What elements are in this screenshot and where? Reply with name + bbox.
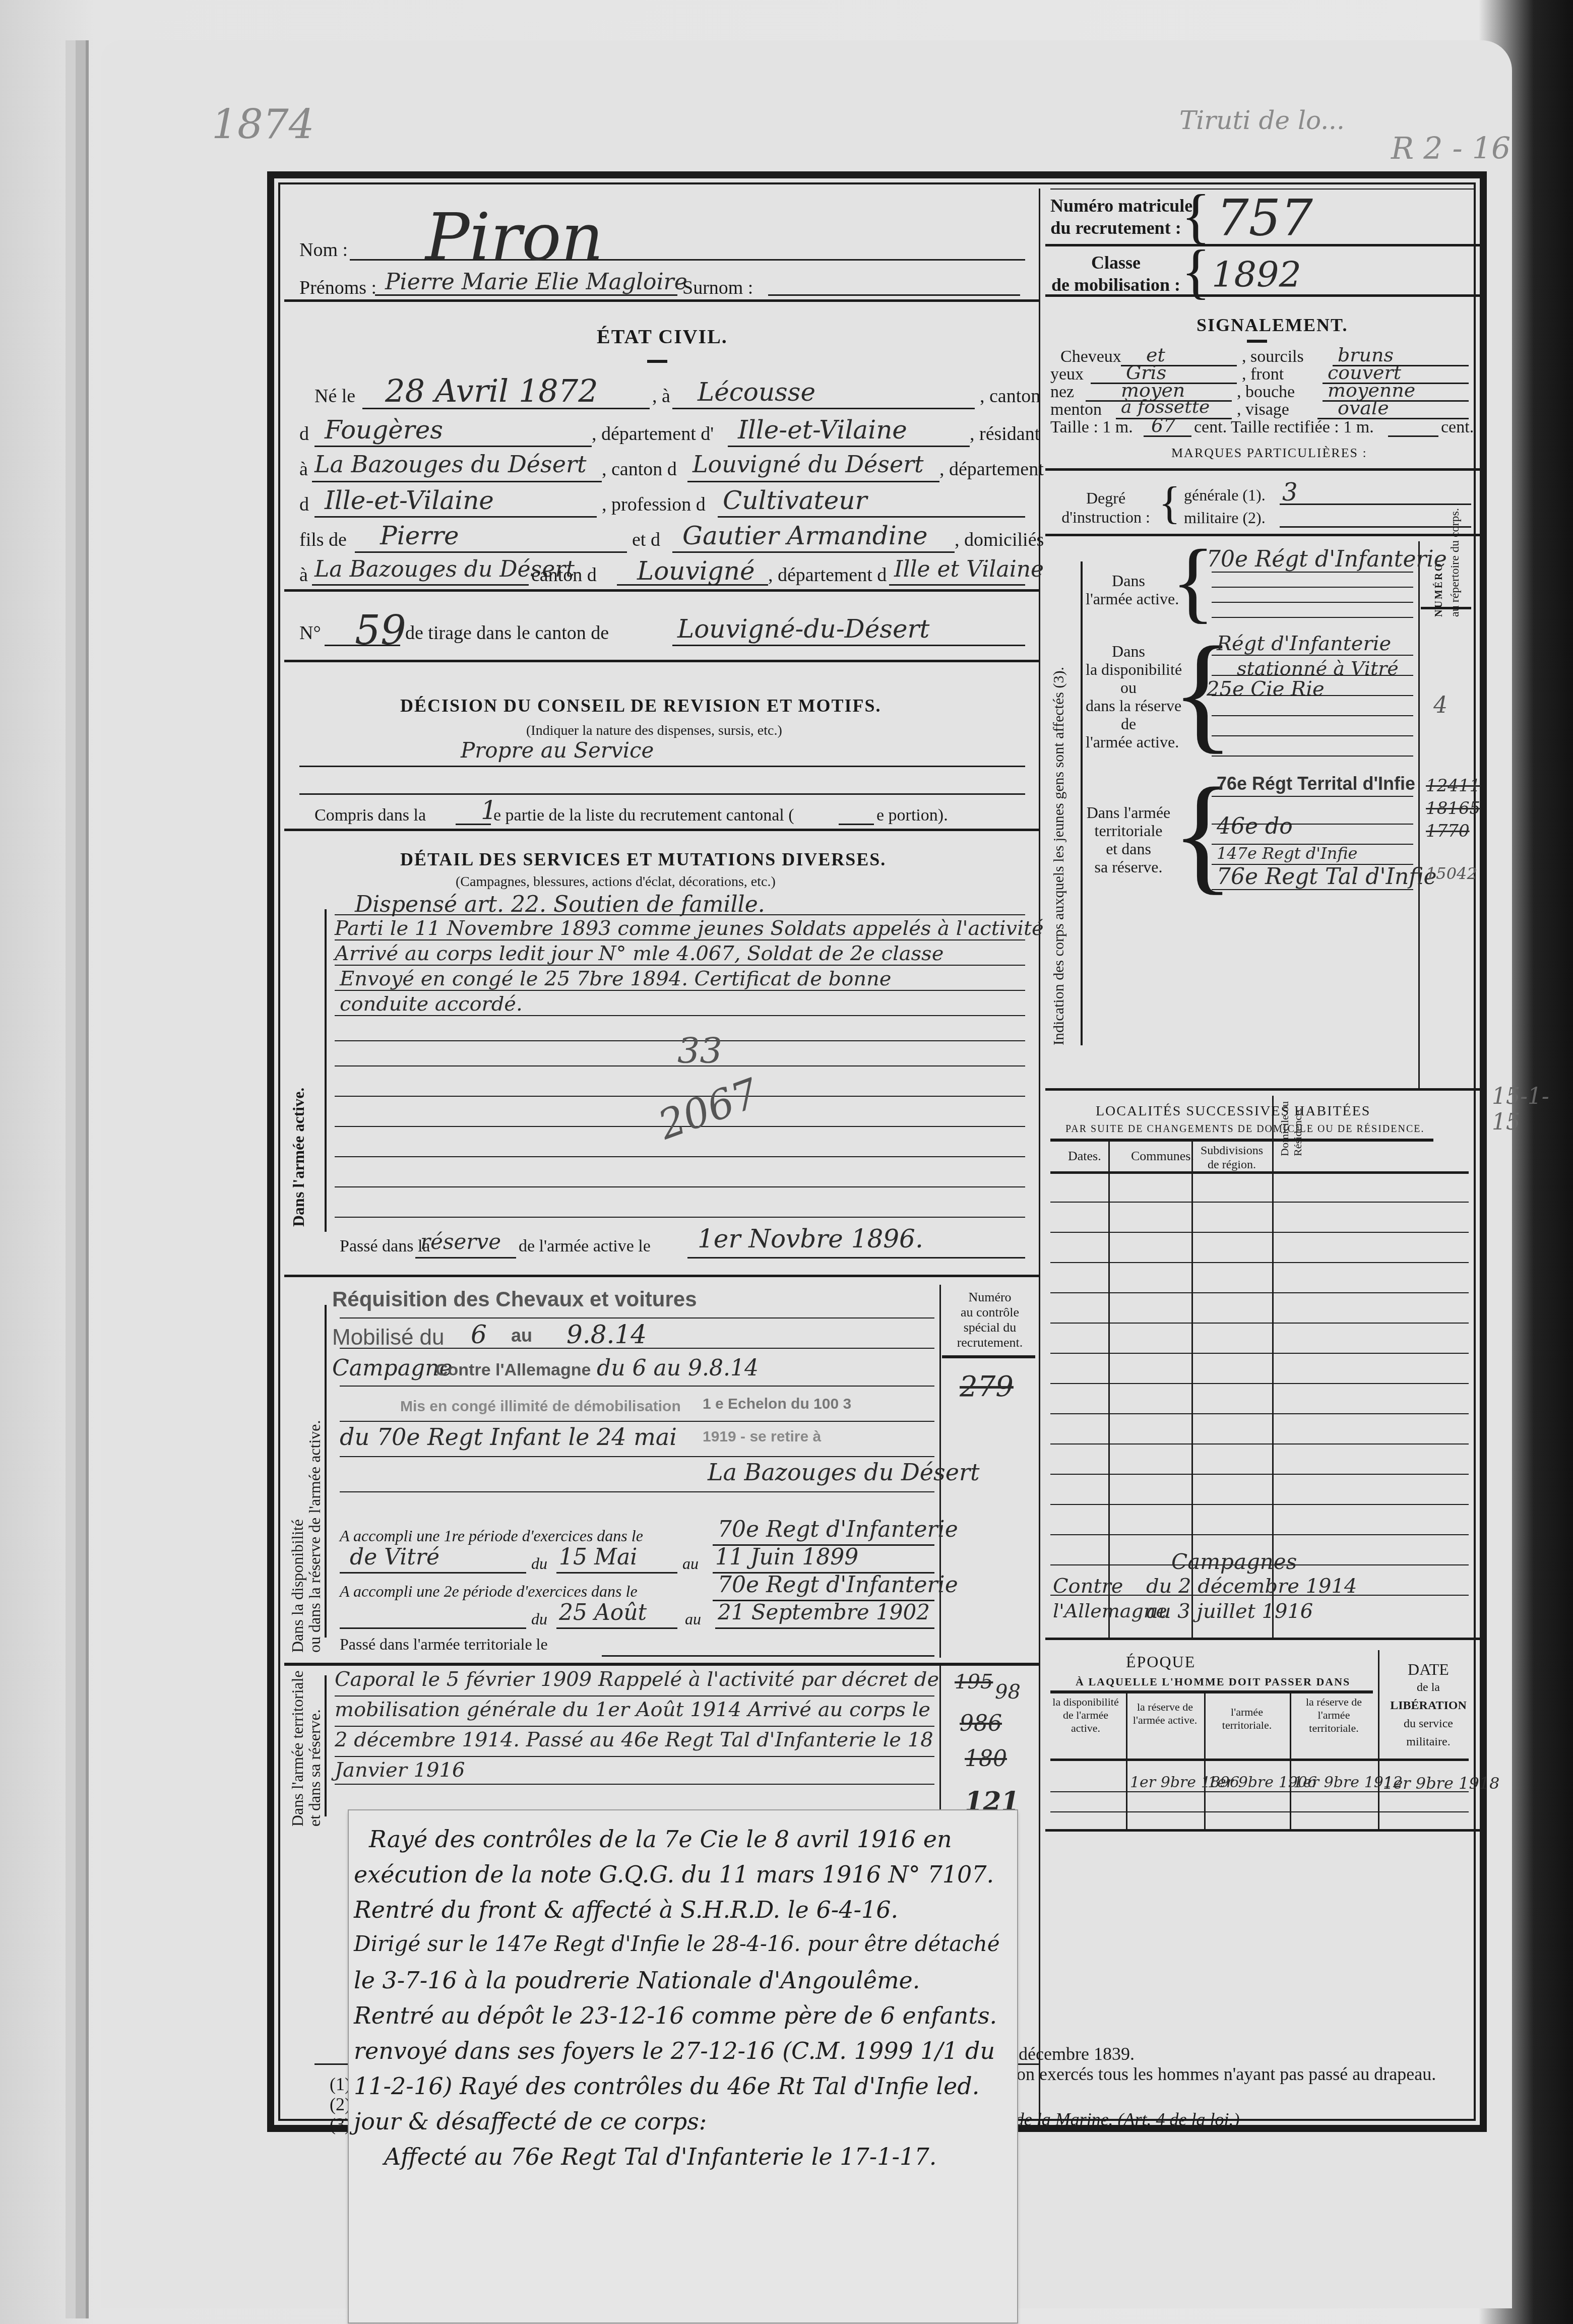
classe-value[interactable]: 1892 — [1212, 254, 1301, 295]
et-de-line — [672, 551, 955, 553]
corps-disponibilite-label: Dans la disponibilité ou dans la réserve… — [1086, 642, 1171, 751]
taille-label: Taille : 1 m. — [1050, 418, 1133, 437]
mobilise-label: Mobilisé du — [332, 1325, 445, 1350]
rule — [1050, 1413, 1469, 1414]
a-label: , à — [652, 385, 670, 407]
cheveux-label: Cheveux — [1060, 347, 1121, 366]
localites-section: LOCALITÉS SUCCESSIVES HABITÉES PAR SUITE… — [1045, 1096, 1482, 1640]
corps-section: Indication des corps auxquels les jeunes… — [1045, 541, 1482, 1091]
label-line: sa réserve. — [1086, 858, 1171, 876]
identity-section: Nom : Piron Prénoms : Pierre Marie Elie … — [284, 189, 1039, 302]
a-value[interactable]: Lécousse — [698, 378, 815, 407]
nom-value[interactable]: Piron — [425, 199, 603, 275]
overlay-line-5[interactable]: le 3-7-16 à la poudrerie Nationale d'Ang… — [354, 1967, 920, 1994]
militaire-label: militaire (2). — [1184, 509, 1266, 527]
canton-value[interactable]: Fougères — [325, 415, 443, 445]
rule — [1050, 1534, 1469, 1535]
numero-matricule-label: Numéro matricule du recrutement : — [1050, 195, 1181, 239]
decision-section: DÉCISION DU CONSEIL DE REVISION ET MOTIF… — [284, 665, 1039, 831]
service-line-2[interactable]: Parti le 11 Novembre 1893 comme jeunes S… — [335, 917, 1044, 940]
services-subtitle: (Campagnes, blessures, actions d'éclat, … — [456, 874, 776, 890]
classe-label: Classe de mobilisation : — [1050, 252, 1181, 296]
residant-canton-value[interactable]: Louvigné du Désert — [693, 451, 924, 478]
label-line: Dans — [1086, 642, 1171, 660]
epoque-subtitle: À LAQUELLE L'HOMME DOIT PASSER DANS — [1076, 1675, 1350, 1688]
periode2-du-label: du — [531, 1610, 547, 1628]
periode2-au[interactable]: 21 Septembre 1902 — [718, 1600, 930, 1624]
overlay-line-10[interactable]: Affecté au 76e Regt Tal d'Infanterie le … — [384, 2143, 936, 2170]
periode1-line2-rule — [340, 1572, 526, 1574]
taille-cent2-label: cent. — [1441, 418, 1474, 437]
rule — [335, 1695, 934, 1697]
disponibilite-side-label-2: ou dans la réserve de l'armée active. — [305, 1310, 324, 1653]
sourcils-label: , sourcils — [1242, 347, 1304, 366]
domicilies-a-label: à — [299, 564, 308, 586]
periode1-au[interactable]: 11 Juin 1899 — [715, 1544, 858, 1570]
domicilies-departement-value[interactable]: Ille et Vilaine — [894, 556, 1044, 582]
mobilise-from[interactable]: 6 — [471, 1320, 487, 1349]
periode2-value[interactable]: 70e Regt d'Infanterie — [718, 1572, 958, 1598]
services-title: DÉTAIL DES SERVICES ET MUTATIONS DIVERSE… — [400, 849, 886, 870]
nom-label: Nom : — [299, 239, 348, 261]
liberation-value[interactable]: 1er 9bre 1918 — [1383, 1774, 1499, 1793]
rule — [335, 1726, 934, 1727]
brace: { — [1159, 481, 1180, 526]
campagne-stamp: Contre l'Allemagne — [435, 1360, 591, 1380]
rule — [340, 1421, 934, 1422]
departement-label: , département d' — [592, 423, 714, 445]
menton-label: menton — [1050, 400, 1102, 419]
classe-label-line-1: Classe — [1050, 252, 1181, 274]
rule — [1212, 675, 1413, 676]
domicilies-departement-label: , département d — [768, 564, 887, 586]
yeux-label: yeux — [1050, 365, 1084, 384]
pencil-number-33: 33 — [677, 1030, 722, 1072]
periode1-value[interactable]: 70e Regt d'Infanterie — [718, 1517, 958, 1542]
corps-bracket — [1081, 561, 1083, 1045]
liberation-header-line: du service — [1383, 1715, 1474, 1733]
corps-disponibilite-value-3[interactable]: 25e Cie Rie — [1207, 677, 1325, 701]
localites-subtitle: PAR SUITE DE CHANGEMENTS DE DOMICILE OU … — [1065, 1123, 1424, 1135]
rule — [1212, 796, 1413, 797]
residant-canton-label: , canton d — [602, 458, 677, 480]
corps-territoriale-numero-4: 15042 — [1426, 864, 1477, 883]
taille-line — [1144, 435, 1191, 437]
col-divider — [1126, 1693, 1127, 1832]
col-divider — [1290, 1693, 1291, 1832]
label-line: et dans — [1086, 840, 1171, 858]
matricule-box: Numéro matricule du recrutement : { 757 — [1045, 189, 1482, 246]
taille-cent-label: cent. Taille rectifiée : 1 m. — [1194, 418, 1374, 437]
rule — [1212, 756, 1413, 757]
rule — [335, 1186, 1025, 1187]
label-line: l'armée active. — [1086, 590, 1171, 608]
col-divider — [1204, 1693, 1206, 1832]
disponibilite-side-label-1: Dans la disponibilité — [288, 1310, 307, 1653]
decision-subtitle: (Indiquer la nature des dispenses, sursi… — [526, 723, 782, 739]
decision-title: DÉCISION DU CONSEIL DE REVISION ET MOTIF… — [400, 695, 882, 716]
corps-side-label: Indication des corps auxquels les jeunes… — [1050, 561, 1067, 1045]
rule — [340, 1348, 934, 1349]
territoriale-side-label-2: et dans sa réserve. — [305, 1675, 324, 1827]
rule — [1050, 1292, 1469, 1293]
rule — [1050, 1811, 1469, 1812]
numero-repertoire-header-2: au répertoire du corps. — [1449, 546, 1462, 617]
rule — [340, 1456, 934, 1457]
corps-territoriale-numero-2: 18165 — [1426, 798, 1480, 819]
ne-le-label: Né le — [314, 385, 355, 407]
residant-departement-de-label: d — [299, 493, 309, 516]
liberation-header-line: DATE — [1383, 1660, 1474, 1678]
profession-label: , profession d — [602, 493, 706, 516]
territoriale-number-180: 180 — [965, 1746, 1007, 1772]
domicilies-canton-label: canton d — [531, 564, 597, 586]
right-column: Numéro matricule du recrutement : { 757 … — [1045, 189, 1482, 2129]
tirage-no-line — [325, 645, 400, 646]
residant-departement-value[interactable]: Ille-et-Vilaine — [325, 486, 494, 515]
territoriale-section: Dans l'armée territoriale et dans sa rés… — [284, 1665, 1039, 1816]
conge-stamp: Mis en congé illimité de démobilisation — [400, 1398, 681, 1415]
epoque-section: ÉPOQUE À LAQUELLE L'HOMME DOIT PASSER DA… — [1045, 1645, 1482, 1832]
domicilies-canton-line — [617, 584, 768, 586]
generale-line — [1280, 504, 1471, 505]
periode1-line2[interactable]: de Vitré — [350, 1544, 439, 1570]
domicilies-label: , domiciliés — [955, 529, 1044, 551]
territoriale-line-4[interactable]: Janvier 1916 — [335, 1758, 465, 1782]
domicilies-departement-line — [889, 584, 1025, 586]
periode2-du-line — [556, 1627, 677, 1629]
localites-col-dates: Dates. — [1068, 1149, 1101, 1164]
instruction-label-line-1: Degré — [1055, 488, 1156, 508]
visage-label: , visage — [1237, 400, 1289, 419]
localites-title: LOCALITÉS SUCCESSIVES HABITÉES — [1096, 1103, 1370, 1119]
bouche-label: , bouche — [1237, 383, 1295, 402]
rule — [1050, 1791, 1469, 1792]
passe-label-2: de l'armée active le — [519, 1237, 651, 1256]
header-rule — [1050, 1171, 1469, 1174]
numero-divider — [939, 1665, 941, 1816]
rule — [335, 1756, 934, 1757]
territoriale-number-98: 98 — [995, 1680, 1021, 1704]
canton-label: , canton — [980, 385, 1040, 407]
visage-value[interactable]: ovale — [1338, 397, 1389, 419]
numero-controle-header: Numéro au contrôle spécial du recrutemen… — [945, 1290, 1035, 1350]
liberation-header-line: de la — [1383, 1678, 1474, 1697]
rule — [1050, 1474, 1469, 1475]
localites-col-communes: Communes. — [1131, 1149, 1194, 1164]
rule — [1050, 1353, 1469, 1354]
numero-matricule-value[interactable]: 757 — [1217, 189, 1313, 247]
instruction-label-line-2: d'instruction : — [1055, 508, 1156, 527]
classe-label-line-2: de mobilisation : — [1050, 274, 1181, 296]
prenoms-label: Prénoms : — [299, 277, 376, 299]
periode1-label: A accompli une 1re période d'exercices d… — [340, 1527, 643, 1545]
campagne-dates[interactable]: du 6 au 9.8.14 — [597, 1355, 759, 1381]
passe-value-2[interactable]: 1er Novbre 1896. — [698, 1224, 923, 1253]
residant-a-label: à — [299, 458, 308, 480]
domicilies-canton-value[interactable]: Louvigné — [637, 556, 755, 586]
rule — [1212, 735, 1413, 736]
title-rule — [647, 360, 667, 363]
localites-note-au[interactable]: au 3 juillet 1916 — [1146, 1600, 1313, 1623]
rule — [340, 1386, 934, 1387]
corps-disponibilite-value-1[interactable]: Régt d'Infanterie — [1217, 632, 1391, 655]
overlay-line-2[interactable]: exécution de la note G.Q.G. du 11 mars 1… — [354, 1861, 994, 1888]
rule — [340, 1491, 934, 1492]
compris-label-2: e partie de la liste du recrutement cant… — [493, 806, 794, 825]
rule — [1050, 189, 1474, 190]
periode1-au-label: au — [682, 1554, 699, 1573]
passe-line-1 — [415, 1257, 516, 1259]
territoriale-label: Passé dans l'armée territoriale le — [340, 1635, 548, 1654]
profession-line — [718, 516, 1025, 518]
rule — [1050, 1202, 1469, 1203]
territoriale-bracket — [325, 1675, 327, 1816]
rule — [1212, 864, 1413, 865]
numero-header-line: au contrôle — [945, 1305, 1035, 1320]
domicilies-line — [312, 584, 529, 586]
rule — [335, 939, 1025, 940]
taille-value[interactable]: 67 — [1151, 414, 1175, 436]
nez-label: nez — [1050, 383, 1074, 402]
service-line-1[interactable]: Dispensé art. 22. Soutien de famille. — [355, 892, 765, 917]
label-line: l'armée active. — [1086, 733, 1171, 751]
label-line: Dans — [1086, 572, 1171, 590]
overlay-line-8[interactable]: 11-2-16) Rayé des contrôles du 46e Rt Ta… — [354, 2072, 979, 2100]
label-line: la disponibilité — [1086, 660, 1171, 678]
decision-value[interactable]: Propre au Service — [461, 738, 654, 763]
decision-line-2 — [299, 793, 1025, 795]
liberation-header: DATE de la LIBÉRATION du service militai… — [1383, 1660, 1474, 1751]
pencil-number-2067: 2067 — [652, 1070, 765, 1149]
territoriale-number-195: 195 — [955, 1670, 993, 1693]
tirage-no-label: N° — [299, 622, 321, 644]
rule — [1212, 824, 1413, 825]
periode2-au-line — [715, 1627, 934, 1629]
marques-title: MARQUES PARTICULIÈRES : — [1171, 446, 1367, 461]
rule — [1212, 587, 1413, 588]
territoriale-line-2[interactable]: mobilisation générale du 1er Août 1914 A… — [335, 1698, 930, 1721]
service-line-4[interactable]: Envoyé en congé le 25 7bre 1894. Certifi… — [340, 967, 891, 990]
rule — [335, 1015, 1025, 1016]
numero-header-rule — [1421, 607, 1471, 609]
fils-de-value[interactable]: Pierre — [380, 521, 459, 550]
localites-col-subdivisions: Subdivisions de région. — [1197, 1144, 1267, 1172]
territoriale-number-986: 986 — [960, 1711, 1002, 1736]
rule — [335, 990, 1025, 991]
rule — [340, 1317, 934, 1318]
services-section: DÉTAIL DES SERVICES ET MUTATIONS DIVERSE… — [284, 834, 1039, 1277]
corps-territoriale-value-2[interactable]: 147e Regt d'Infie — [1217, 844, 1358, 863]
mobilise-to[interactable]: 9.8.14 — [567, 1320, 647, 1349]
numero-header-rule — [942, 1355, 1035, 1358]
epoque-col-reserve-active: la réserve de l'armée active. — [1128, 1701, 1202, 1727]
periode2-au-label: au — [685, 1610, 701, 1628]
margin-pencil-note-left: 1874 — [212, 101, 314, 148]
numero-header-line: recrutement. — [945, 1335, 1035, 1350]
conge-echelon: 1 e Echelon du 100 3 — [703, 1396, 851, 1413]
instruction-label: Degré d'instruction : — [1055, 488, 1156, 527]
canton-de-label: d — [299, 423, 309, 445]
rule — [335, 1217, 1025, 1218]
fils-de-label: fils de — [299, 529, 347, 551]
corps-disponibilite-value-2[interactable]: stationné à Vitré — [1237, 657, 1399, 679]
residant-departement-line — [314, 516, 597, 518]
epoque-rule — [1050, 1690, 1373, 1693]
residant-canton-line — [687, 481, 939, 482]
periode1-du-line — [556, 1572, 677, 1574]
service-line-3[interactable]: Arrivé au corps ledit jour N° mle 4.067,… — [335, 942, 943, 965]
label-line: territoriale — [1086, 822, 1171, 840]
epoque-title: ÉPOQUE — [1126, 1653, 1196, 1671]
liberation-header-line: LIBÉRATION — [1383, 1697, 1474, 1715]
localites-note-campagnes[interactable]: Campagnes — [1171, 1549, 1297, 1574]
rule — [1050, 1232, 1469, 1233]
generale-value[interactable]: 3 — [1282, 478, 1298, 507]
prenoms-value[interactable]: Pierre Marie Elie Magloire — [385, 269, 687, 295]
tirage-canton-label: de tirage dans le canton de — [405, 622, 609, 644]
rule — [1050, 1504, 1469, 1505]
corps-territoriale-value-3[interactable]: 76e Regt Tal d'Infie — [1217, 864, 1437, 890]
rule — [1212, 889, 1413, 890]
col-divider — [1378, 1650, 1379, 1832]
localites-note-contre[interactable]: Contre — [1053, 1575, 1123, 1598]
overlay-line-3[interactable]: Rentré du front & affecté à S.H.R.D. le … — [354, 1896, 898, 1923]
numero-divider — [1418, 541, 1420, 1091]
a-line — [672, 408, 975, 409]
liberation-header-line: militaire. — [1383, 1733, 1474, 1751]
tirage-section: N° 59 de tirage dans le canton de Louvig… — [284, 594, 1039, 662]
periode2-du[interactable]: 25 Août — [559, 1600, 647, 1625]
margin-pencil-note-right-2: Tiruti de lo... — [1179, 106, 1345, 135]
corps-margin-date: 15-1-15 — [1492, 1084, 1573, 1135]
numero-controle-value[interactable]: 279 — [960, 1370, 1014, 1403]
corps-territoriale-stamp: 76e Régt Territal d'Infie — [1217, 773, 1415, 794]
rule — [1050, 1323, 1469, 1324]
residant-value[interactable]: La Bazouges du Désert — [314, 451, 586, 478]
fils-de-line — [355, 551, 627, 553]
decision-line-1 — [299, 766, 1025, 767]
rule — [1212, 695, 1413, 696]
header-rule — [1050, 1758, 1469, 1761]
service-line-5[interactable]: conduite accordé. — [340, 992, 523, 1016]
overlay-line-6[interactable]: Rentré au dépôt le 23-12-16 comme père d… — [354, 2002, 997, 2029]
compris-label-3: e portion). — [876, 806, 948, 825]
territoriale-line-1[interactable]: Caporal le 5 février 1909 Rappelé à l'ac… — [335, 1668, 939, 1691]
signalement-section: SIGNALEMENT. Cheveux et , sourcils bruns… — [1045, 304, 1482, 471]
brace: { — [1181, 241, 1211, 302]
corps-territoriale-numero-3: 1770 — [1426, 821, 1470, 841]
rule — [1050, 1383, 1469, 1384]
canton-line — [314, 446, 592, 447]
numero-matricule-label-line-2: du recrutement : — [1050, 217, 1181, 239]
tirage-no-value[interactable]: 59 — [355, 607, 406, 654]
profession-value[interactable]: Cultivateur — [723, 486, 867, 515]
label-line: dans la réserve — [1086, 697, 1171, 715]
numero-header-line: Numéro — [945, 1290, 1035, 1305]
conge-lieu[interactable]: La Bazouges du Désert — [708, 1459, 979, 1486]
rule — [335, 1156, 1025, 1157]
rule — [1050, 1443, 1469, 1444]
rule — [1212, 655, 1413, 656]
ne-le-line — [362, 408, 650, 409]
etat-civil-title: ÉTAT CIVIL. — [597, 325, 728, 348]
rule — [1212, 602, 1413, 603]
title-rule — [1247, 340, 1267, 343]
epoque-col-reserve-territoriale: la réserve de l'armée territoriale. — [1292, 1695, 1375, 1735]
localites-note-du[interactable]: du 2 décembre 1914 — [1146, 1575, 1357, 1598]
rule — [335, 1784, 934, 1785]
passe-value-1[interactable]: réserve — [420, 1229, 501, 1254]
territoriale-side-label-1: Dans l'armée territoriale — [288, 1675, 307, 1827]
departement-line — [728, 446, 970, 447]
territoriale-line-3[interactable]: 2 décembre 1914. Passé au 46e Regt Tal d… — [335, 1728, 933, 1751]
corps-territoriale-value-1[interactable]: 46e do — [1217, 813, 1293, 839]
overlay-line-7[interactable]: renvoyé dans ses foyers le 27-12-16 (C.M… — [354, 2037, 995, 2064]
compris-label-1: Compris dans la — [314, 806, 426, 825]
taille-rectifiee-line — [1388, 435, 1438, 437]
residant-departement-label: , département — [939, 458, 1044, 480]
rule — [1212, 572, 1413, 573]
services-side-label: Dans l'armée active. — [289, 1035, 308, 1227]
departement-value[interactable]: Ille-et-Vilaine — [738, 415, 907, 445]
residant-line — [312, 481, 602, 482]
tirage-canton-value[interactable]: Louvigné-du-Désert — [677, 614, 929, 644]
conge-hw[interactable]: du 70e Regt Infant le 24 mai — [340, 1423, 677, 1451]
pasted-note-slip: Rayé des contrôles de la 7e Cie le 8 avr… — [348, 1809, 1018, 2323]
rule — [335, 914, 1025, 915]
rule — [1050, 1262, 1469, 1263]
localites-col-domicile: Domicile ou Résidence. — [1278, 1101, 1298, 1156]
epoque-col-disponibilite: la disponibilité de l'armée active. — [1048, 1695, 1123, 1735]
mobilise-au: au — [511, 1325, 532, 1346]
front-label: , front — [1242, 365, 1284, 384]
signalement-title: SIGNALEMENT. — [1197, 315, 1348, 336]
instruction-section: Degré d'instruction : { générale (1). 3 … — [1045, 476, 1482, 536]
brace: { — [1181, 186, 1211, 246]
requisition-stamp: Réquisition des Chevaux et voitures — [332, 1287, 697, 1311]
generale-label: générale (1). — [1184, 486, 1266, 505]
corps-territoriale-label: Dans l'armée territoriale et dans sa rés… — [1086, 803, 1171, 876]
surnom-label: Surnom : — [682, 277, 753, 299]
disponibilite-bracket — [325, 1305, 327, 1638]
rule — [335, 965, 1025, 966]
services-bracket — [325, 909, 327, 1232]
conge-stamp-2: 1919 - se retire à — [703, 1428, 821, 1446]
et-de-value[interactable]: Gautier Armandine — [682, 521, 928, 550]
disponibilite-section: Dans la disponibilité ou dans la réserve… — [284, 1280, 1039, 1660]
militaire-line — [1280, 526, 1471, 528]
campagne-hw[interactable]: Campagne — [332, 1355, 453, 1381]
surnom-line — [768, 294, 1020, 296]
overlay-line-1[interactable]: Rayé des contrôles de la 7e Cie le 8 avr… — [369, 1826, 952, 1853]
compris-line — [456, 824, 491, 825]
periode1-du[interactable]: 15 Mai — [559, 1544, 637, 1570]
ne-le-value[interactable]: 28 Avril 1872 — [385, 372, 598, 409]
label-line: ou — [1086, 678, 1171, 697]
periode2-line2-rule — [340, 1627, 526, 1629]
rule — [1212, 617, 1413, 618]
passe-label-1: Passé dans la — [340, 1237, 430, 1256]
periode1-du-label: du — [531, 1554, 547, 1573]
overlay-line-9[interactable]: jour & désaffecté de ce corps: — [354, 2108, 707, 2135]
corps-active-value[interactable]: 70e Régt d'Infanterie — [1207, 546, 1447, 572]
corps-active-label: Dans l'armée active. — [1086, 572, 1171, 608]
localites-rule — [1050, 1139, 1433, 1142]
label-line: Dans l'armée — [1086, 803, 1171, 822]
overlay-line-4[interactable]: Dirigé sur le 147e Regt d'Infie le 28-4-… — [354, 1931, 1000, 1956]
classe-box: Classe de mobilisation : { 1892 — [1045, 249, 1482, 297]
